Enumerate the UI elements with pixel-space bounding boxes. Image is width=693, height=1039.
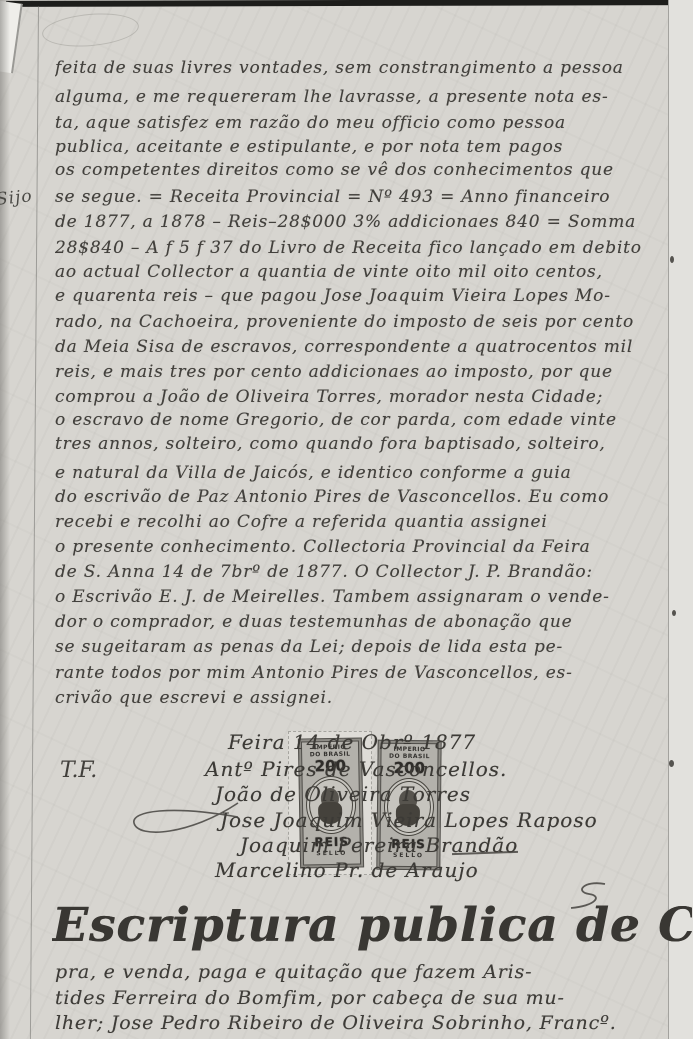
signature: Jose Joaquim Vieira Lopes Raposo	[220, 808, 598, 832]
body-line: rado, na Cachoeira, proveniente do impos…	[55, 311, 667, 333]
body-line: se sugeitaram as penas da Lei; depois de…	[55, 636, 667, 658]
page-right-edge	[668, 0, 693, 1039]
marginal-initials: T.F.	[60, 758, 97, 783]
signature: Marcelino Pr. de Araujo	[215, 858, 479, 882]
body-line: de 1877, a 1878 – Reis–28$000 3% addicio…	[55, 211, 667, 233]
pen-flourish-loop	[130, 795, 240, 840]
body-line: o escravo de nome Gregorio, de cor parda…	[55, 409, 667, 431]
body-line: ao actual Collector a quantia de vinte o…	[55, 261, 667, 283]
body-line: de S. Anna 14 de 7brº de 1877. O Collect…	[55, 561, 667, 583]
body-line: reis, e mais tres por cento addicionaes …	[55, 361, 667, 383]
date-line: Feira 14 de Obrº 1877	[228, 730, 476, 754]
footer-line: lher; Jose Pedro Ribeiro de Oliveira Sob…	[55, 1011, 675, 1035]
edge-speck	[670, 256, 674, 263]
body-line: recebi e recolhi ao Cofre a referida qua…	[55, 511, 667, 533]
body-line: feita de suas livres vontades, sem const…	[55, 57, 667, 79]
body-line: e natural da Villa de Jaicós, e identico…	[55, 462, 667, 484]
embossed-seal-mark	[41, 10, 140, 50]
signature: Antº Pires de Vasconcellos.	[205, 757, 507, 781]
body-line: alguma, e me requereram lhe lavrasse, a …	[55, 86, 667, 108]
body-line: crivão que escrevi e assignei.	[55, 687, 667, 709]
body-line: se segue. = Receita Provincial = Nº 493 …	[55, 186, 667, 208]
body-line: da Meia Sisa de escravos, correspondente…	[55, 336, 667, 358]
body-line: comprou a João de Oliveira Torres, morad…	[55, 386, 667, 408]
left-edge-shadow	[0, 0, 10, 1039]
body-line: o Escrivão E. J. de Meirelles. Tambem as…	[55, 586, 667, 608]
body-line: tres annos, solteiro, como quando fora b…	[55, 433, 667, 455]
pen-flourish-tail	[565, 880, 615, 910]
edge-speck	[669, 760, 674, 767]
body-line: 28$840 – A f 5 f 37 do Livro de Receita …	[55, 237, 667, 259]
footer-line: pra, e venda, paga e quitação que fazem …	[55, 960, 675, 984]
body-line: publica, aceitante e estipulante, e por …	[55, 136, 667, 158]
body-line: ta, aque satisfez em razão do meu offici…	[55, 112, 667, 134]
manuscript-page: Sijo feita de suas livres vontades, sem …	[0, 0, 693, 1039]
edge-speck	[672, 610, 676, 616]
body-line: e quarenta reis – que pagou Jose Joaquim…	[55, 285, 667, 307]
margin-rule-line	[30, 6, 39, 1039]
margin-annotation: Sijo	[0, 186, 34, 210]
body-line: rante todos por mim Antonio Pires de Vas…	[55, 662, 667, 684]
scan-top-edge	[6, 0, 693, 7]
body-line: os competentes direitos como se vê dos c…	[55, 159, 667, 181]
body-line: dor o comprador, e duas testemunhas de a…	[55, 611, 667, 633]
footer-line: tides Ferreira do Bomfim, por cabeça de …	[55, 986, 675, 1010]
body-line: do escrivão de Paz Antonio Pires de Vasc…	[55, 486, 667, 508]
body-line: o presente conhecimento. Collectoria Pro…	[55, 536, 667, 558]
signature: João de Oliveira Torres	[215, 782, 471, 806]
